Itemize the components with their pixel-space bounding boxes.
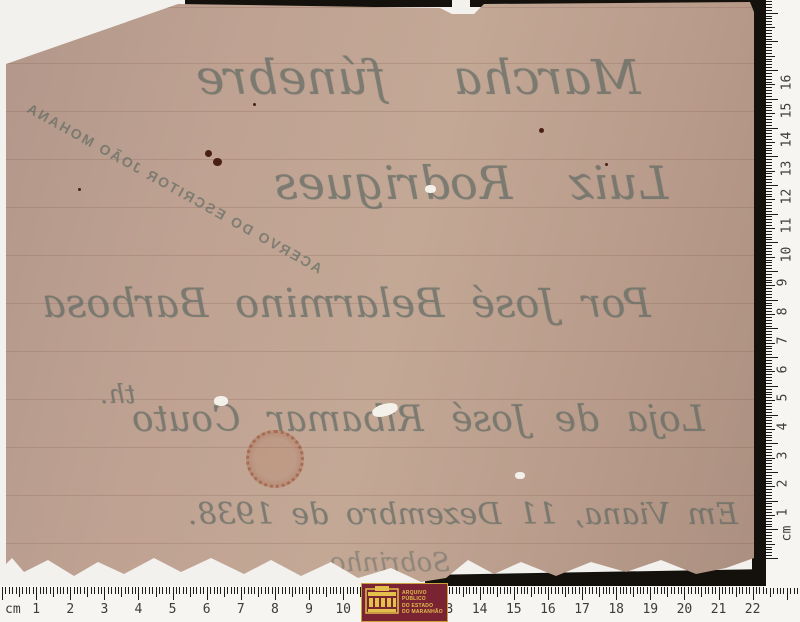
ruler-tick [302,587,303,594]
ruler-tick [766,544,775,545]
ruler-tick [766,420,772,421]
ruler-tick [766,526,772,527]
ruler-tick [766,56,775,57]
ruler-number: 3 [775,451,790,459]
ruler-tick [766,265,772,266]
ruler-tick [661,587,662,594]
ruler-tick [766,231,772,232]
ruler-tick [766,397,772,398]
ruler-tick [766,394,772,395]
ruler-tick [152,587,153,594]
ruler-tick [766,558,778,559]
ruler-tick [135,587,136,594]
handwriting-mark: th. [100,382,135,408]
ruler-tick [766,53,772,54]
ruler-tick [766,202,772,203]
ruler-tick [19,587,20,597]
ruler-tick [766,67,772,68]
paper-tear-patch [214,396,228,406]
ruler-tick [766,437,772,438]
speck [213,158,222,166]
ruler-tick [156,587,157,597]
ruler-tick [193,587,194,594]
ruler-tick [766,547,772,548]
ruler-tick [609,587,610,594]
ruler-tick [766,549,772,550]
ruler-tick [766,337,772,338]
ruler-number: 6 [775,365,790,373]
ruler-number: 10 [779,246,794,262]
ruler-tick [36,587,37,600]
ruler-tick [40,587,41,594]
ruler-tick [766,555,772,556]
ruler-tick [309,587,310,600]
ruler-tick [766,328,778,329]
ruler-tick [766,16,772,17]
ruler-tick [766,483,772,484]
ruler-tick [633,587,634,597]
paper-tear-patch [425,185,436,193]
ruler-tick [667,587,668,597]
ruler-tick [766,311,772,312]
ruler-tick [115,587,116,594]
ruler-unit-label: cm [779,526,794,542]
ruler-tick [766,168,772,169]
ruler-tick [272,587,273,594]
ruler-tick [678,587,679,594]
ruler-tick [766,4,772,5]
logo-line: DO MARANHÃO [402,609,443,615]
ruler-tick [353,587,354,594]
ruler-tick [766,18,772,19]
ruler-tick [128,587,129,594]
ruler-tick [766,305,772,306]
ruler-tick [742,587,743,594]
ruler-tick [592,587,593,594]
ruler-tick [91,587,92,594]
ruler-tick [766,518,772,519]
ruler-tick [766,93,772,94]
ruler-tick [671,587,672,594]
ruler-tick [766,314,775,315]
ruler-tick [766,107,772,108]
ruler-tick [766,463,772,464]
ruler-tick [766,340,772,341]
ruler-tick [299,587,300,594]
ruler-tick [84,587,85,594]
ruler-tick [766,30,772,31]
ruler-tick [766,466,772,467]
ruler-tick [630,587,631,594]
handwriting-line-dedication: Por José Belarmino Barbosa [42,284,651,324]
speck [253,103,256,106]
ruler-tick [295,587,296,594]
ruler-tick [77,587,78,594]
ruler-tick [568,587,569,594]
ruler-tick [350,587,351,594]
ruler-tick [766,452,772,453]
ruler-tick [101,587,102,594]
ruler-tick [766,486,775,487]
ruler-tick [80,587,81,594]
right-ruler: cm12345678910111213141516 [766,0,800,588]
ruler-tick [173,587,174,600]
ruler-tick [766,234,772,235]
ruler-tick [121,587,122,597]
ruler-number: 20 [677,602,693,617]
ruler-tick [766,176,772,177]
ruler-tick [545,587,546,594]
ruler-tick [766,116,772,117]
ruler-tick [766,133,772,134]
ruler-tick [725,587,726,594]
ruler-tick [766,194,772,195]
ruler-tick [766,515,775,516]
ruler-tick [87,587,88,597]
ruler-tick [766,282,772,283]
ruler-tick [26,587,27,594]
ruler-tick [766,509,772,510]
ruler-tick [698,587,699,594]
ruler-tick [244,587,245,594]
ruler-tick [766,122,772,123]
ruler-tick [766,61,772,62]
ruler-tick [98,587,99,594]
ruler-number: 22 [745,602,761,617]
ruler-tick [142,587,143,594]
ruler-number: 12 [779,189,794,205]
ruler-tick [766,538,772,539]
ruler-tick [766,239,772,240]
ruler-tick [347,587,348,594]
ruler-tick [551,587,552,594]
ruler-tick [231,587,232,594]
ruler-tick [766,219,772,220]
ruler-tick [12,587,13,594]
ruler-tick [722,587,723,594]
ruler-tick [43,587,44,594]
ruler-tick [766,260,772,261]
ruler-tick [766,222,772,223]
ruler-tick [766,39,772,40]
ruler-tick [766,87,772,88]
ruler-tick [729,587,730,594]
ruler-tick [766,403,772,404]
ruler-tick [766,173,772,174]
ruler-tick [766,196,772,197]
ruler-tick [766,44,772,45]
ruler-tick [534,587,535,594]
ruler-tick [766,119,772,120]
ruler-tick [766,79,772,80]
ruler-number: 17 [574,602,590,617]
ruler-tick [766,128,778,129]
ruler-tick [9,587,10,594]
ruler-tick [490,587,491,594]
ruler-tick [766,10,772,11]
ruler-tick [759,587,760,594]
ruler-tick [606,587,607,594]
ruler-number: 16 [779,74,794,90]
ruler-tick [763,587,764,594]
ruler-tick [57,587,58,594]
ruler-tick [766,113,775,114]
ruler-tick [343,587,344,600]
ruler-tick [766,351,772,352]
ruler-tick [637,587,638,594]
ruler-tick [312,587,313,594]
ruler-number: 9 [775,279,790,287]
ruler-tick [336,587,337,594]
ruler-tick [282,587,283,594]
ruler-tick [22,587,23,594]
ruler-tick [766,400,775,401]
ruler-tick [766,148,772,149]
ruler-number: 14 [779,132,794,148]
ruler-tick [480,587,481,600]
ruler-tick [664,587,665,594]
ruler-tick [108,587,109,594]
ruler-tick [766,33,772,34]
ruler-tick [265,587,266,594]
ruler-tick [203,587,204,594]
ruler-tick [50,587,51,594]
ruler-tick [766,153,772,154]
ruler-tick [766,374,772,375]
ruler-number: 4 [775,422,790,430]
ruler-number: 11 [779,218,794,234]
ruler-tick [766,469,772,470]
ruler-tick [766,524,772,525]
ruler-tick [179,587,180,594]
ruler-tick [766,392,772,393]
ruler-tick [766,417,772,418]
ruler-tick [766,130,772,131]
ruler-tick [766,501,778,502]
ruler-tick [132,587,133,594]
ruler-tick [452,587,453,594]
ruler-tick [712,587,713,594]
ruler-tick [217,587,218,594]
ruler-tick [616,587,617,600]
ruler-tick [766,512,772,513]
ruler-tick [466,587,467,594]
ruler-tick [766,274,772,275]
ruler-tick [732,587,733,594]
ruler-tick [766,99,778,100]
ruler-tick [640,587,641,594]
ruler-tick [766,371,775,372]
handwriting-line-author: Luiz Rodrigues [274,160,668,206]
ruler-tick [766,443,778,444]
ruler-tick [766,188,772,189]
ruler-unit-label: cm [5,602,21,617]
ruler-tick [531,587,532,597]
ruler-tick [766,366,772,367]
ruler-tick [316,587,317,594]
ruler-tick [200,587,201,594]
ruler-tick [766,225,772,226]
ruler-tick [196,587,197,594]
ruler-tick [541,587,542,594]
ruler-tick [766,409,772,410]
ruler-tick [497,587,498,597]
ruler-tick [766,142,775,143]
ruler-tick [186,587,187,594]
ruler-tick [596,587,597,594]
ruler-tick [599,587,600,597]
ruler-tick [766,455,772,456]
ruler-tick [684,587,685,600]
ruler-tick [766,354,772,355]
ruler-tick [766,291,772,292]
ruler-tick [766,277,772,278]
ruler-tick [766,343,775,344]
ruler-tick [558,587,559,594]
ruler-tick [766,257,775,258]
ruler-tick [766,182,772,183]
ruler-number: 5 [775,394,790,402]
ruler-tick [585,587,586,594]
ruler-tick [766,84,775,85]
ruler-tick [555,587,556,594]
ruler-tick [306,587,307,594]
ruler-tick [766,165,772,166]
ruler-tick [67,587,68,594]
speck [520,564,526,569]
ruler-tick [145,587,146,594]
ruler-number: 7 [237,602,245,617]
ruler-tick [248,587,249,594]
ruler-tick [766,498,772,499]
ruler-tick [647,587,648,594]
speck [539,128,544,133]
ruler-number: 2 [66,602,74,617]
ruler-tick [285,587,286,594]
ruler-tick [456,587,457,594]
ruler-tick [340,587,341,594]
ruler-tick [766,472,778,473]
ruler-tick [2,587,3,600]
ruler-tick [766,1,772,2]
ruler-tick [214,587,215,594]
ruler-tick [705,587,706,594]
ruler-tick [766,475,772,476]
ruler-tick [473,587,474,594]
ruler-tick [766,386,778,387]
ruler-tick [517,587,518,594]
ruler-tick [469,587,470,594]
ruler-tick [766,199,775,200]
ruler-tick [766,426,772,427]
ruler-tick [766,334,772,335]
ruler-tick [766,73,772,74]
ruler-tick [766,481,772,482]
ruler-tick [176,587,177,594]
ruler-tick [766,254,772,255]
ruler-tick [53,587,54,597]
ruler-tick [449,587,450,594]
paper-tear-patch [515,472,525,479]
ruler-tick [289,587,290,594]
ruler-tick [562,587,563,594]
ruler-tick [766,383,772,384]
ruler-tick [766,460,772,461]
ruler-tick [626,587,627,594]
ruler-tick [766,532,772,533]
ruler-tick [220,587,221,594]
ruler-tick [548,587,549,600]
ruler-tick [459,587,460,594]
ruler-tick [70,587,71,600]
ruler-number: 5 [169,602,177,617]
ruler-tick [736,587,737,597]
ruler-tick [766,59,772,60]
ruler-tick [766,159,772,160]
ruler-tick [326,587,327,597]
ruler-tick [766,36,772,37]
ruler-tick [251,587,252,594]
ruler-tick [766,489,772,490]
ruler-tick [766,41,778,42]
ruler-tick [766,326,772,327]
ruler-tick [46,587,47,594]
ruler-tick [183,587,184,594]
ruler-number: 1 [32,602,40,617]
ruler-tick [766,70,778,71]
ruler-tick [169,587,170,594]
ruler-number: 15 [506,602,522,617]
ruler-tick [654,587,655,594]
building-icon [365,586,399,619]
ruler-tick [111,587,112,594]
ruler-tick [538,587,539,594]
ruler-tick [766,248,772,249]
ruler-number: 18 [608,602,624,617]
ruler-tick [766,535,772,536]
handwriting-line-partial: Sobrinho [330,550,450,576]
ruler-number: 2 [775,480,790,488]
ruler-tick [254,587,255,594]
ruler-tick [510,587,511,594]
ruler-tick [292,587,293,597]
ruler-tick [766,303,772,304]
ruler-tick [766,237,772,238]
ruler-tick [766,300,778,301]
ruler-tick [739,587,740,594]
ruler-number: 21 [711,602,727,617]
ruler-tick [695,587,696,594]
speck [78,188,81,191]
ruler-tick [613,587,614,594]
ruler-tick [60,587,61,594]
ruler-tick [643,587,644,594]
ruler-tick [766,288,772,289]
ruler-tick [766,360,772,361]
ruler-tick [210,587,211,594]
ruler-tick [746,587,747,594]
ruler-tick [487,587,488,594]
ruler-tick [766,377,772,378]
ruler-tick [766,211,772,212]
ruler-tick [125,587,126,594]
ruler-tick [766,27,775,28]
ruler-tick [766,185,778,186]
ruler-tick [766,446,772,447]
ruler-tick [207,587,208,600]
ruler-tick [708,587,709,594]
ruler-tick [766,297,772,298]
